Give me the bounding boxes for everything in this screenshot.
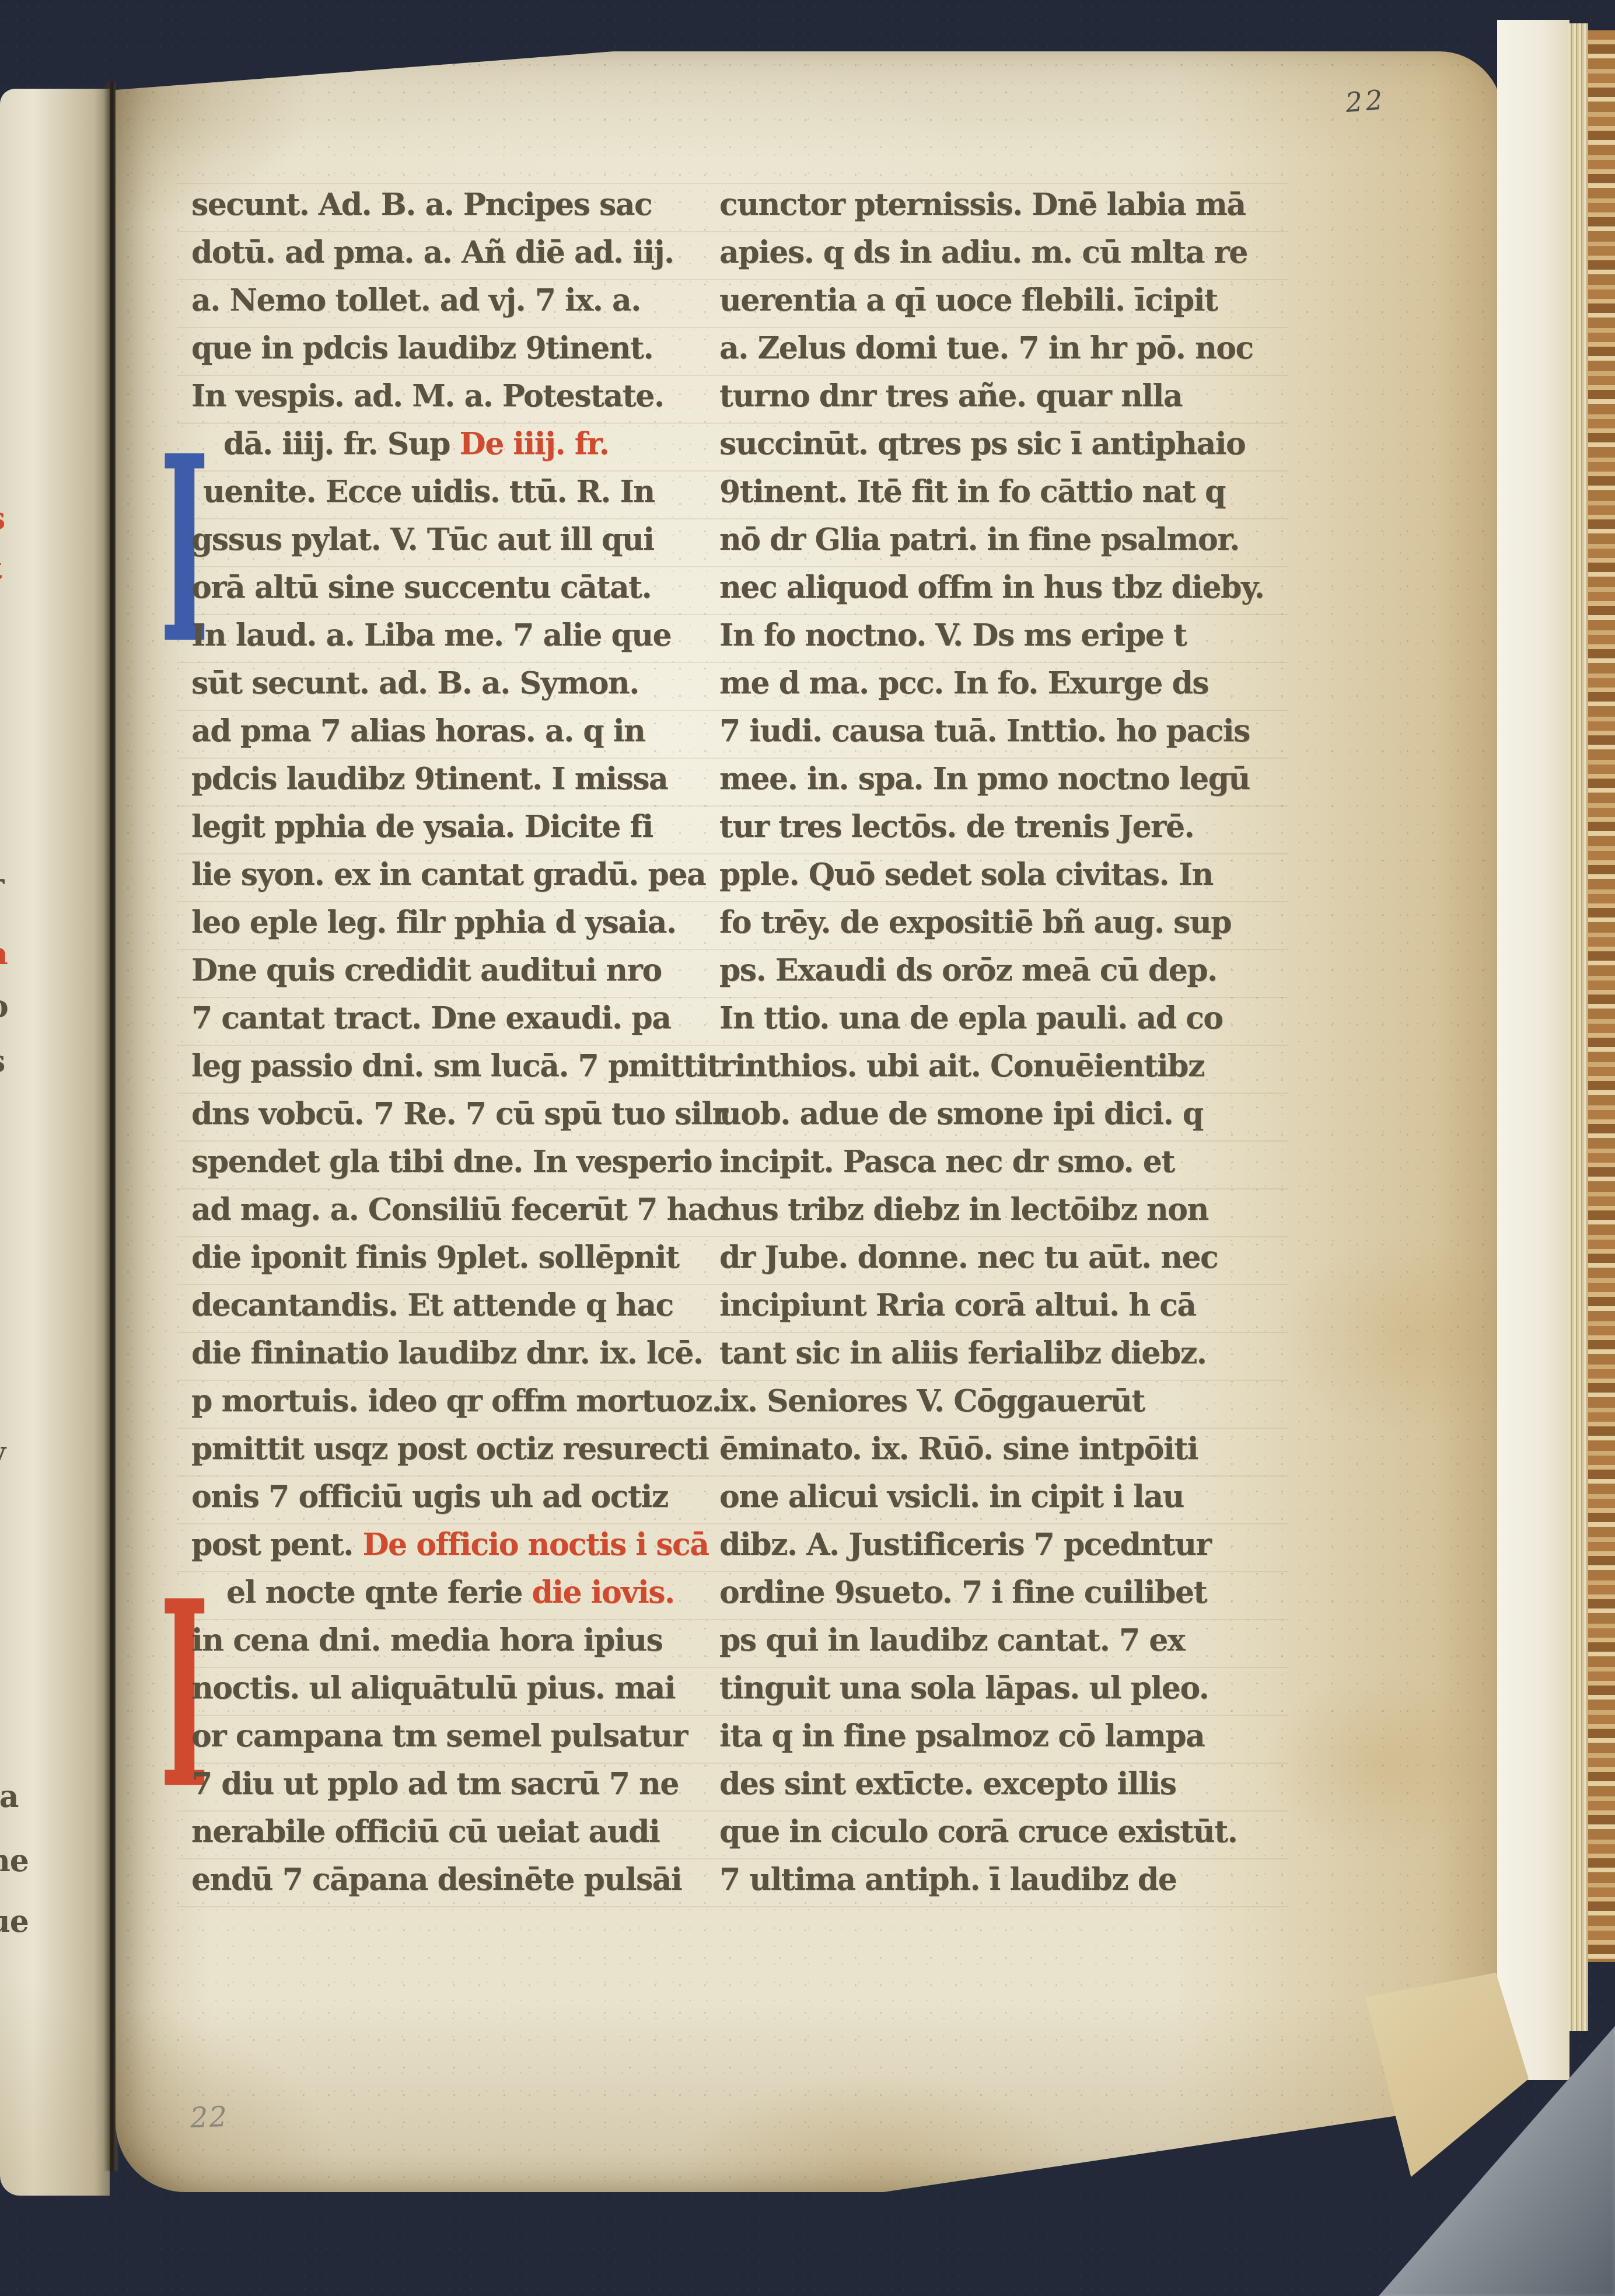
manuscript-line: a. Nemo tollet. ad vj. 7 ix. a. <box>191 277 711 324</box>
ink-text: que in pdcis laudibz 9tinent. <box>191 330 653 366</box>
ink-text: a. Zelus domi tue. 7 in hr pō. noc <box>719 330 1253 366</box>
ink-text: uerentia a qī uoce flebili. īcipit <box>719 282 1217 318</box>
manuscript-line: dns vobcū. 7 Re. 7 cū spū tuo silr <box>191 1090 711 1138</box>
manuscript-line: nō dr Glia patri. in fine psalmor. <box>719 516 1274 564</box>
manuscript-line: ps qui in laudibz cantat. 7 ex <box>719 1617 1274 1665</box>
ink-text: leg passio dni. sm lucā. 7 pmittit <box>191 1048 720 1084</box>
ink-text: ēminato. ix. Rūō. sine intpōiti <box>719 1431 1198 1467</box>
manuscript-line: lie syon. ex in cantat gradū. pea <box>191 851 711 899</box>
ink-text: post pent. <box>191 1527 362 1562</box>
margin-fragment: t <box>0 551 2 587</box>
manuscript-line: hus tribz diebz in lectōibz non <box>719 1186 1274 1234</box>
manuscript-line: or campana tm semel pulsatur <box>191 1712 711 1760</box>
ink-text: tinguit una sola lāpas. ul pleo. <box>719 1670 1208 1706</box>
manuscript-line: dibz. A. Justificeris 7 pcedntur <box>719 1521 1274 1569</box>
manuscript-line: uenite. Ecce uidis. ttū. R. In <box>191 468 711 516</box>
manuscript-line: cunctor pternissis. Dnē labia mā <box>719 181 1274 229</box>
manuscript-line: 7 ultima antiph. ī laudibz de <box>719 1856 1274 1904</box>
manuscript-line: que in pdcis laudibz 9tinent. <box>191 324 711 372</box>
ink-text: or campana tm semel pulsatur <box>191 1718 687 1754</box>
manuscript-line: die fininatio laudibz dnr. ix. lcē. <box>191 1330 711 1377</box>
ink-text: In ttio. una de epla pauli. ad co <box>719 1000 1223 1036</box>
manuscript-line: ix. Seniores V. Cōggauerūt <box>719 1377 1274 1425</box>
ink-text: 7 iudi. causa tuā. Inttio. ho pacis <box>719 713 1250 749</box>
ink-text: die fininatio laudibz dnr. ix. lcē. <box>191 1335 702 1371</box>
ink-text: legit pphia de ysaia. Dicite fi <box>191 809 653 845</box>
margin-fragment: o <box>0 989 8 1024</box>
manuscript-line: tant sic in aliis ferialibz diebz. <box>719 1330 1274 1377</box>
ink-text: uob. adue de smone ipi dici. q <box>719 1096 1203 1132</box>
manuscript-line: dotū. ad pma. a. Añ diē ad. iij. <box>191 229 711 277</box>
ink-text: el nocte qnte ferie <box>226 1575 532 1610</box>
manuscript-line: uerentia a qī uoce flebili. īcipit <box>719 277 1274 324</box>
margin-fragment: a <box>0 936 8 972</box>
ink-text: nec aliquod offm in hus tbz dieby. <box>719 570 1264 605</box>
manuscript-line: in cena dni. media hora ipius <box>191 1617 711 1665</box>
manuscript-line: gssus pylat. V. Tūc aut ill qui <box>191 516 711 564</box>
ink-text: ps. Exaudi ds orōz meā cū dep. <box>719 952 1217 988</box>
manuscript-line: 9tinent. Itē fit in fo cāttio nat q <box>719 468 1274 516</box>
margin-fragment: r <box>0 867 4 903</box>
manuscript-line: leg passio dni. sm lucā. 7 pmittit <box>191 1042 711 1090</box>
ink-text: turno dnr tres añe. quar nlla <box>719 378 1182 414</box>
ink-text: decantandis. Et attende q hac <box>191 1287 673 1323</box>
folio-number-bottom: 22 <box>190 2100 229 2134</box>
ink-text: tur tres lectōs. de trenis Jerē. <box>719 809 1194 845</box>
ink-text: one alicui vsicli. in cipit i lau <box>719 1479 1184 1515</box>
margin-fragment: ne <box>0 1843 29 1879</box>
margin-fragment: s <box>0 1044 5 1079</box>
ink-text: spendet gla tibi dne. In vesperio <box>191 1144 712 1180</box>
manuscript-line: uob. adue de smone ipi dici. q <box>719 1090 1274 1138</box>
manuscript-line: 7 diu ut pplo ad tm sacrū 7 ne <box>191 1760 711 1808</box>
folio-number-top: 22 <box>1344 83 1387 118</box>
ink-text: dr Jube. donne. nec tu aūt. nec <box>719 1240 1218 1275</box>
manuscript-line: dr Jube. donne. nec tu aūt. nec <box>719 1234 1274 1282</box>
facing-page-edge <box>0 89 110 2196</box>
ink-text: p mortuis. ideo qr offm mortuoz. <box>191 1383 721 1419</box>
ink-text: In fo noctno. V. Ds ms eripe t <box>719 617 1186 653</box>
manuscript-line: pmittit usqz post octiz resurecti <box>191 1425 711 1473</box>
manuscript-line: 7 iudi. causa tuā. Inttio. ho pacis <box>719 707 1274 755</box>
ink-text: Dne quis credidit auditui nro <box>191 952 662 988</box>
margin-fragment: y <box>0 1435 5 1470</box>
manuscript-line: mee. in. spa. In pmo noctno legū <box>719 755 1274 803</box>
ink-text: ad pma 7 alias horas. a. q in <box>191 713 645 749</box>
manuscript-line: endū 7 cāpana desinēte pulsāi <box>191 1856 711 1904</box>
manuscript-line: onis 7 officiū ugis uh ad octiz <box>191 1473 711 1521</box>
ink-text: in cena dni. media hora ipius <box>191 1622 662 1658</box>
text-column-right: cunctor pternissis. Dnē labia māapies. q… <box>719 181 1274 1904</box>
manuscript-line: tur tres lectōs. de trenis Jerē. <box>719 803 1274 851</box>
manuscript-line: sūt secunt. ad. B. a. Symon. <box>191 660 711 707</box>
manuscript-line: succinūt. qtres ps sic ī antiphaio <box>719 420 1274 468</box>
manuscript-line: pdcis laudibz 9tinent. I missa <box>191 755 711 803</box>
ink-text: 9tinent. Itē fit in fo cāttio nat q <box>719 474 1225 510</box>
ink-text: pdcis laudibz 9tinent. I missa <box>191 761 667 797</box>
rubric-text: De officio noctis i scā <box>362 1527 708 1562</box>
manuscript-line: dā. iiij. fr. Sup De iiij. fr. <box>191 420 711 468</box>
manuscript-line: In laud. a. Liba me. 7 alie que <box>191 612 711 660</box>
ink-text: nō dr Glia patri. in fine psalmor. <box>719 522 1239 557</box>
manuscript-line: In ttio. una de epla pauli. ad co <box>719 995 1274 1042</box>
manuscript-line: que in ciculo corā cruce existūt. <box>719 1808 1274 1856</box>
ink-text: ps qui in laudibz cantat. 7 ex <box>719 1622 1184 1658</box>
manuscript-line: orā altū sine succentu cātat. <box>191 564 711 612</box>
manuscript-line: nec aliquod offm in hus tbz dieby. <box>719 564 1274 612</box>
page-edges-stack <box>1568 23 1588 2031</box>
ink-text: dns vobcū. 7 Re. 7 cū spū tuo silr <box>191 1096 727 1132</box>
ink-text: dā. iiij. fr. Sup <box>223 426 460 462</box>
manuscript-line: ordine 9sueto. 7 i fine cuilibet <box>719 1569 1274 1617</box>
manuscript-line: nerabile officiū cū ueiat audi <box>191 1808 711 1856</box>
ink-text: pmittit usqz post octiz resurecti <box>191 1431 708 1467</box>
manuscript-line: leo eple leg. filr pphia d ysaia. <box>191 899 711 947</box>
manuscript-line: ad mag. a. Consiliū fecerūt 7 hac <box>191 1186 711 1234</box>
manuscript-line: In vespis. ad. M. a. Potestate. <box>191 372 711 420</box>
ink-text: des sint extīcte. excepto illis <box>719 1766 1176 1802</box>
manuscript-line: p mortuis. ideo qr offm mortuoz. <box>191 1377 711 1425</box>
ink-text: nerabile officiū cū ueiat audi <box>191 1814 659 1850</box>
ink-text: In laud. a. Liba me. 7 alie que <box>191 617 671 653</box>
underlying-page-edge <box>1497 20 1569 2080</box>
manuscript-line: 7 cantat tract. Dne exaudi. pa <box>191 995 711 1042</box>
manuscript-line: Dne quis credidit auditui nro <box>191 947 711 995</box>
ink-text: endū 7 cāpana desinēte pulsāi <box>191 1862 681 1897</box>
manuscript-line: apies. q ds in adiu. m. cū mlta re <box>719 229 1274 277</box>
ink-text: onis 7 officiū ugis uh ad octiz <box>191 1479 668 1515</box>
ink-text: sūt secunt. ad. B. a. Symon. <box>191 665 639 701</box>
ink-text: uenite. Ecce uidis. ttū. R. In <box>203 474 655 510</box>
ink-text: incipiunt Rria corā altui. h cā <box>719 1287 1196 1323</box>
margin-fragment: la <box>0 1779 18 1815</box>
manuscript-line: turno dnr tres añe. quar nlla <box>719 372 1274 420</box>
manuscript-line: ēminato. ix. Rūō. sine intpōiti <box>719 1425 1274 1473</box>
manuscript-line: incipit. Pasca nec dr smo. et <box>719 1138 1274 1186</box>
manuscript-line: fo trēy. de expositiē bñ aug. sup <box>719 899 1274 947</box>
ink-text: que in ciculo corā cruce existūt. <box>719 1814 1237 1850</box>
manuscript-line: tinguit una sola lāpas. ul pleo. <box>719 1665 1274 1712</box>
ink-text: mee. in. spa. In pmo noctno legū <box>719 761 1250 797</box>
ink-text: 7 diu ut pplo ad tm sacrū 7 ne <box>191 1766 679 1802</box>
manuscript-line: ad pma 7 alias horas. a. q in <box>191 707 711 755</box>
ink-text: cunctor pternissis. Dnē labia mā <box>719 187 1246 222</box>
manuscript-line: decantandis. Et attende q hac <box>191 1282 711 1330</box>
manuscript-line: pple. Quō sedet sola civitas. In <box>719 851 1274 899</box>
blue-versal-initial: I <box>160 423 174 679</box>
ink-text: dotū. ad pma. a. Añ diē ad. iij. <box>191 235 674 270</box>
manuscript-line: me d ma. pcc. In fo. Exurge ds <box>719 660 1274 707</box>
ink-text: ix. Seniores V. Cōggauerūt <box>719 1383 1145 1419</box>
rubric-text: De iiij. fr. <box>460 426 609 462</box>
ink-text: lie syon. ex in cantat gradū. pea <box>191 857 705 892</box>
manuscript-line: incipiunt Rria corā altui. h cā <box>719 1282 1274 1330</box>
ink-text: leo eple leg. filr pphia d ysaia. <box>191 905 676 940</box>
manuscript-line: die iponit finis 9plet. sollēpnit <box>191 1234 711 1282</box>
manuscript-line: post pent. De officio noctis i scā <box>191 1521 711 1569</box>
ink-text: tant sic in aliis ferialibz diebz. <box>719 1335 1206 1371</box>
ink-text: noctis. ul aliquātulū pius. mai <box>191 1670 675 1706</box>
ink-text: In vespis. ad. M. a. Potestate. <box>191 378 664 414</box>
ink-text: apies. q ds in adiu. m. cū mlta re <box>719 235 1247 270</box>
manuscript-page: 22 I I secunt. Ad. B. a. Pncipes sacdotū… <box>116 51 1503 2192</box>
ink-text: secunt. Ad. B. a. Pncipes sac <box>191 187 652 222</box>
ink-text: me d ma. pcc. In fo. Exurge ds <box>719 665 1208 701</box>
ink-text: 7 ultima antiph. ī laudibz de <box>719 1862 1176 1897</box>
margin-fragment: s <box>0 501 5 536</box>
manuscript-line: el nocte qnte ferie die iovis. <box>191 1569 711 1617</box>
ink-text: die iponit finis 9plet. sollēpnit <box>191 1240 679 1275</box>
fore-edge-stripes <box>1588 30 1615 1962</box>
ink-text: dibz. A. Justificeris 7 pcedntur <box>719 1527 1211 1562</box>
ink-text: ita q in fine psalmoz cō lampa <box>719 1718 1204 1754</box>
manuscript-line: rinthios. ubi ait. Conuēientibz <box>719 1042 1274 1090</box>
ink-text: incipit. Pasca nec dr smo. et <box>719 1144 1174 1180</box>
red-versal-initial: I <box>160 1568 174 1824</box>
ink-text: fo trēy. de expositiē bñ aug. sup <box>719 905 1231 940</box>
manuscript-line: ita q in fine psalmoz cō lampa <box>719 1712 1274 1760</box>
ink-text: succinūt. qtres ps sic ī antiphaio <box>719 426 1245 462</box>
manuscript-line: noctis. ul aliquātulū pius. mai <box>191 1665 711 1712</box>
ink-text: gssus pylat. V. Tūc aut ill qui <box>191 522 653 557</box>
manuscript-line: secunt. Ad. B. a. Pncipes sac <box>191 181 711 229</box>
manuscript-line: a. Zelus domi tue. 7 in hr pō. noc <box>719 324 1274 372</box>
manuscript-line: one alicui vsicli. in cipit i lau <box>719 1473 1274 1521</box>
manuscript-line: des sint extīcte. excepto illis <box>719 1760 1274 1808</box>
manuscript-photo: straosyllaneue 22 I I secunt. Ad. B. a. … <box>0 0 1615 2296</box>
text-column-left: secunt. Ad. B. a. Pncipes sacdotū. ad pm… <box>191 181 711 1904</box>
ink-text: a. Nemo tollet. ad vj. 7 ix. a. <box>191 282 641 318</box>
ink-text: pple. Quō sedet sola civitas. In <box>719 857 1213 892</box>
manuscript-line: In fo noctno. V. Ds ms eripe t <box>719 612 1274 660</box>
ink-text: ad mag. a. Consiliū fecerūt 7 hac <box>191 1192 724 1227</box>
ink-text: hus tribz diebz in lectōibz non <box>719 1192 1208 1227</box>
margin-fragment: ue <box>0 1904 29 1939</box>
manuscript-line: ps. Exaudi ds orōz meā cū dep. <box>719 947 1274 995</box>
ink-text: rinthios. ubi ait. Conuēientibz <box>719 1048 1204 1084</box>
ink-text: ordine 9sueto. 7 i fine cuilibet <box>719 1575 1207 1610</box>
ink-text: orā altū sine succentu cātat. <box>191 570 651 605</box>
ink-text: 7 cantat tract. Dne exaudi. pa <box>191 1000 670 1036</box>
manuscript-line: spendet gla tibi dne. In vesperio <box>191 1138 711 1186</box>
manuscript-line: legit pphia de ysaia. Dicite fi <box>191 803 711 851</box>
rubric-text: die iovis. <box>532 1575 674 1610</box>
